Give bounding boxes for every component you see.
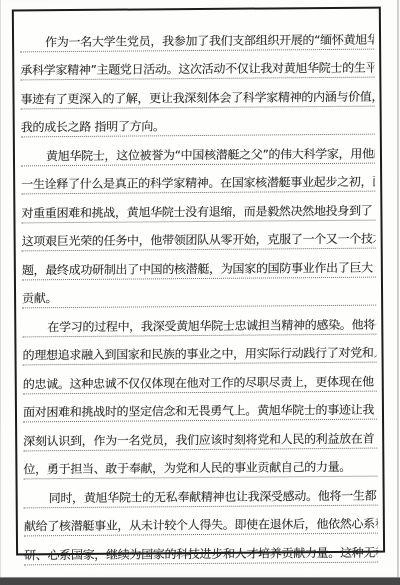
- text-line: 一生诠释了什么是真正的科学家精神。在国家核潜艇事业起步之初，面: [21, 163, 375, 194]
- handwritten-text: 的忠诚。这种忠诚不仅仅体现在他对工作的尽职尽责上，更体现在他: [23, 375, 377, 393]
- text-line: 研、心系国家，继续为国家的科技进步和人才培养贡献力量。这种无私: [24, 534, 378, 565]
- text-line: 这项艰巨光荣的任务中，他带领团队从零开始，克服了一个又一个技术难: [21, 220, 375, 251]
- text-line: 事迹有了更深入的了解，更让我深刻体会了科学家精神的内涵与价值，为: [20, 78, 374, 109]
- handwritten-text: 黄旭华院士，这位被誉为“中国核潜艇之父”的伟大科学家，用他的: [21, 147, 375, 165]
- handwritten-text: 这项艰巨光荣的任务中，他带领团队从零开始，克服了一个又一个技术难: [22, 233, 376, 251]
- handwritten-text: 研、心系国家，继续为国家的科技进步和人才培养贡献力量。这种无私: [24, 546, 378, 564]
- text-line: 我的成长之路 指明了方向。: [21, 106, 375, 137]
- handwritten-text: 事迹有了更深入的了解，更让我深刻体会了科学家精神的内涵与价值，为: [20, 90, 374, 108]
- handwritten-text: 深刻认识到，作为一名党员，我们应该时刻将党和人民的利益放在首: [23, 432, 377, 450]
- handwritten-text: 的理想追求融入到国家和民族的事业之中，用实际行动践行了对党和人民: [22, 347, 376, 365]
- handwritten-text: 承科学家精神”主题党日活动。这次活动不仅让我对黄旭华院士的生平: [20, 62, 374, 80]
- text-line: 面对困难和挑战时的坚定信念和无畏勇气上。黄旭华院士的事迹让我: [23, 391, 377, 422]
- scan-edge-left: [0, 0, 1, 585]
- handwritten-text: 贡献。: [22, 290, 376, 308]
- handwritten-text: 同时，黄旭华院士的无私奉献精神也让我深受感动。他将一生都: [24, 489, 378, 507]
- handwritten-text: 作为一名大学生党员，我参加了我们支部组织开展的“缅怀黄旭华院士，传: [20, 33, 374, 51]
- text-line: 在学习的过程中，我深受黄旭华院士忠诚担当精神的感染。他将个人: [22, 306, 376, 337]
- text-line: 作为一名大学生党员，我参加了我们支部组织开展的“缅怀黄旭华院士，传: [20, 21, 374, 52]
- handwritten-text: 对重重困难和挑战，黄旭华院士没有退缩，而是毅然决然地投身到了: [21, 204, 375, 222]
- handwritten-text: 题，最终成功研制出了中国的核潜艇，为国家的国防事业作出了巨大: [22, 261, 376, 279]
- text-line: 黄旭华院士，这位被誉为“中国核潜艇之父”的伟大科学家，用他的: [21, 135, 375, 166]
- text-line: 承科学家精神”主题党日活动。这次活动不仅让我对黄旭华院士的生平: [20, 49, 374, 80]
- text-line: 对重重困难和挑战，黄旭华院士没有退缩，而是毅然决然地投身到了: [21, 192, 375, 223]
- handwritten-text: 位，勇于担当、敢于奉献，为党和人民的事业贡献自己的力量。: [23, 461, 377, 479]
- text-line: 深刻认识到，作为一名党员，我们应该时刻将党和人民的利益放在首: [23, 420, 377, 451]
- handwritten-text: 我的成长之路 指明了方向。: [21, 119, 375, 137]
- page-border-frame: 作为一名大学生党员，我参加了我们支部组织开展的“缅怀黄旭华院士，传承科学家精神”…: [12, 7, 385, 556]
- text-line: 位，勇于担当、敢于奉献，为党和人民的事业贡献自己的力量。: [23, 448, 377, 479]
- essay-body: 作为一名大学生党员，我参加了我们支部组织开展的“缅怀黄旭华院士，传承科学家精神”…: [14, 9, 383, 565]
- handwritten-text: 在学习的过程中，我深受黄旭华院士忠诚担当精神的感染。他将个人: [22, 318, 376, 336]
- handwritten-text: 献给了核潜艇事业，从未计较个人得失。即使在退休后，他依然心系科: [24, 518, 378, 536]
- text-line: 题，最终成功研制出了中国的核潜艇，为国家的国防事业作出了巨大: [22, 249, 376, 280]
- text-line: 同时，黄旭华院士的无私奉献精神也让我深受感动。他将一生都: [24, 477, 378, 508]
- text-line: 的忠诚。这种忠诚不仅仅体现在他对工作的尽职尽责上，更体现在他: [23, 363, 377, 394]
- text-line: 贡献。: [22, 277, 376, 308]
- scan-edge-right: [397, 0, 399, 585]
- text-line: 的理想追求融入到国家和民族的事业之中，用实际行动践行了对党和人民: [22, 334, 376, 365]
- scanned-page: 作为一名大学生党员，我参加了我们支部组织开展的“缅怀黄旭华院士，传承科学家精神”…: [0, 0, 400, 585]
- handwritten-text: 一生诠释了什么是真正的科学家精神。在国家核潜艇事业起步之初，面: [21, 176, 375, 194]
- scan-edge-shadow: [0, 577, 400, 585]
- paper-sheet: 作为一名大学生党员，我参加了我们支部组织开展的“缅怀黄旭华院士，传承科学家精神”…: [0, 0, 400, 576]
- text-line: 献给了核潜艇事业，从未计较个人得失。即使在退休后，他依然心系科: [24, 505, 378, 536]
- handwritten-text: 面对困难和挑战时的坚定信念和无畏勇气上。黄旭华院士的事迹让我: [23, 404, 377, 422]
